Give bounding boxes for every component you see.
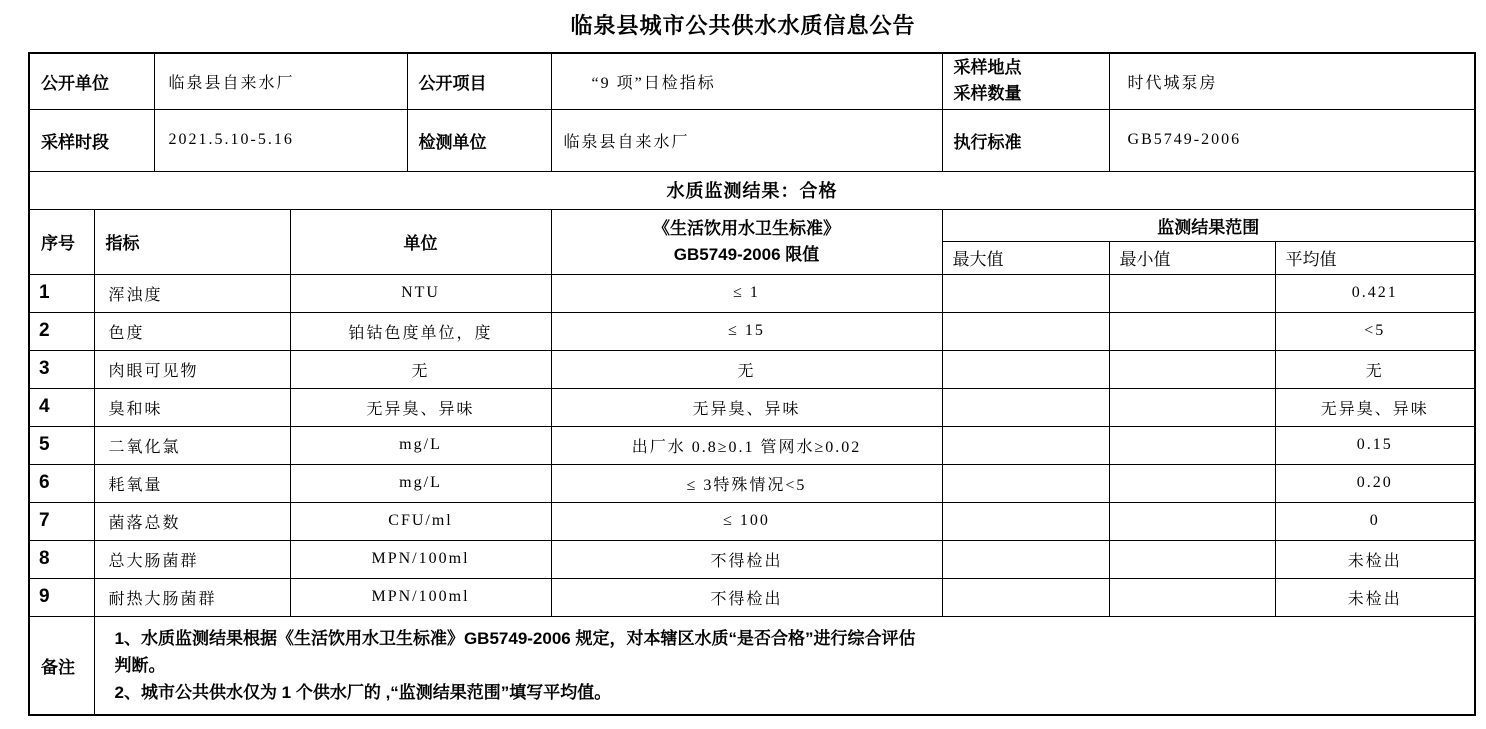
notes-row: 备注 1、水质监测结果根据《生活饮用水卫生标准》GB5749-2006 规定，对… — [29, 616, 1475, 715]
sample-site-label: 采样地点 采样数量 — [942, 53, 1109, 109]
cell-unit: MPN/100ml — [290, 540, 551, 578]
cell-limit: ≤ 1 — [551, 274, 942, 312]
header-max: 最大值 — [942, 241, 1109, 274]
cell-limit: ≤ 3特殊情况<5 — [551, 464, 942, 502]
cell-min — [1109, 502, 1275, 540]
public-unit-label: 公开单位 — [29, 53, 154, 109]
info-row-2: 采样时段 2021.5.10-5.16 检测单位 临泉县自来水厂 执行标准 GB… — [29, 109, 1475, 171]
cell-max — [942, 274, 1109, 312]
table-row: 3 肉眼可见物 无 无 无 — [29, 350, 1475, 388]
cell-limit: ≤ 100 — [551, 502, 942, 540]
cell-min — [1109, 426, 1275, 464]
cell-avg: 0.15 — [1275, 426, 1475, 464]
cell-avg: 未检出 — [1275, 578, 1475, 616]
table-row: 1 浑浊度 NTU ≤ 1 0.421 — [29, 274, 1475, 312]
sample-period-value: 2021.5.10-5.16 — [154, 109, 407, 171]
sample-site-label-line1: 采样地点 — [954, 55, 1109, 81]
header-limit-line1: 《生活饮用水卫生标准》 — [552, 216, 942, 242]
cell-indicator: 二氧化氯 — [94, 426, 290, 464]
cell-limit: 不得检出 — [551, 578, 942, 616]
cell-max — [942, 388, 1109, 426]
cell-min — [1109, 350, 1275, 388]
cell-indicator: 浑浊度 — [94, 274, 290, 312]
table-row: 9 耐热大肠菌群 MPN/100ml 不得检出 未检出 — [29, 578, 1475, 616]
notes-line-2: 判断。 — [115, 652, 1467, 679]
cell-unit: NTU — [290, 274, 551, 312]
cell-unit: 铂钴色度单位，度 — [290, 312, 551, 350]
cell-limit: 无 — [551, 350, 942, 388]
notes-line-1: 1、水质监测结果根据《生活饮用水卫生标准》GB5749-2006 规定，对本辖区… — [115, 625, 1467, 652]
cell-avg: 无 — [1275, 350, 1475, 388]
cell-seq: 7 — [29, 502, 94, 540]
cell-min — [1109, 464, 1275, 502]
cell-max — [942, 540, 1109, 578]
cell-avg: 0 — [1275, 502, 1475, 540]
water-quality-table: 公开单位 临泉县自来水厂 公开项目 “9 项”日检指标 采样地点 采样数量 时代… — [28, 52, 1476, 716]
header-seq: 序号 — [29, 209, 94, 274]
header-avg: 平均值 — [1275, 241, 1475, 274]
header-range-group: 监测结果范围 — [942, 209, 1475, 241]
header-indicator: 指标 — [94, 209, 290, 274]
cell-seq: 9 — [29, 578, 94, 616]
cell-seq: 3 — [29, 350, 94, 388]
cell-indicator: 臭和味 — [94, 388, 290, 426]
cell-unit: MPN/100ml — [290, 578, 551, 616]
cell-limit: 出厂水 0.8≥0.1 管网水≥0.02 — [551, 426, 942, 464]
notes-label: 备注 — [29, 616, 94, 715]
header-min: 最小值 — [1109, 241, 1275, 274]
cell-max — [942, 502, 1109, 540]
cell-avg: 0.20 — [1275, 464, 1475, 502]
cell-seq: 1 — [29, 274, 94, 312]
cell-avg: 无异臭、异味 — [1275, 388, 1475, 426]
result-banner-row: 水质监测结果：合格 — [29, 171, 1475, 209]
cell-limit: ≤ 15 — [551, 312, 942, 350]
cell-min — [1109, 274, 1275, 312]
notes-content: 1、水质监测结果根据《生活饮用水卫生标准》GB5749-2006 规定，对本辖区… — [94, 616, 1475, 715]
test-unit-label: 检测单位 — [407, 109, 551, 171]
cell-seq: 5 — [29, 426, 94, 464]
standard-value: GB5749-2006 — [1109, 109, 1475, 171]
cell-max — [942, 578, 1109, 616]
cell-unit: 无 — [290, 350, 551, 388]
public-item-value: “9 项”日检指标 — [551, 53, 942, 109]
cell-max — [942, 464, 1109, 502]
public-item-label: 公开项目 — [407, 53, 551, 109]
sample-site-value: 时代城泵房 — [1109, 53, 1475, 109]
cell-avg: 未检出 — [1275, 540, 1475, 578]
sample-site-label-line2: 采样数量 — [954, 81, 1109, 107]
cell-min — [1109, 540, 1275, 578]
notes-line-3: 2、城市公共供水仅为 1 个供水厂的 ,“监测结果范围”填写平均值。 — [115, 679, 1467, 706]
cell-unit: mg/L — [290, 464, 551, 502]
cell-indicator: 色度 — [94, 312, 290, 350]
cell-seq: 8 — [29, 540, 94, 578]
cell-seq: 4 — [29, 388, 94, 426]
cell-unit: CFU/ml — [290, 502, 551, 540]
cell-unit: 无异臭、异味 — [290, 388, 551, 426]
page-title: 临泉县城市公共供水水质信息公告 — [0, 0, 1486, 40]
header-row-1: 序号 指标 单位 《生活饮用水卫生标准》 GB5749-2006 限值 监测结果… — [29, 209, 1475, 241]
cell-max — [942, 426, 1109, 464]
cell-indicator: 菌落总数 — [94, 502, 290, 540]
announcement-page: 临泉县城市公共供水水质信息公告 公开单位 临泉县自来水厂 公开项目 “9 项”日… — [0, 0, 1486, 729]
cell-min — [1109, 312, 1275, 350]
table-row: 8 总大肠菌群 MPN/100ml 不得检出 未检出 — [29, 540, 1475, 578]
cell-unit: mg/L — [290, 426, 551, 464]
cell-limit: 不得检出 — [551, 540, 942, 578]
cell-indicator: 耗氧量 — [94, 464, 290, 502]
standard-label: 执行标准 — [942, 109, 1109, 171]
cell-avg: 0.421 — [1275, 274, 1475, 312]
table-row: 6 耗氧量 mg/L ≤ 3特殊情况<5 0.20 — [29, 464, 1475, 502]
header-unit: 单位 — [290, 209, 551, 274]
table-row: 7 菌落总数 CFU/ml ≤ 100 0 — [29, 502, 1475, 540]
cell-max — [942, 312, 1109, 350]
cell-seq: 2 — [29, 312, 94, 350]
cell-indicator: 肉眼可见物 — [94, 350, 290, 388]
header-limit-line2: GB5749-2006 限值 — [552, 242, 942, 268]
table-row: 4 臭和味 无异臭、异味 无异臭、异味 无异臭、异味 — [29, 388, 1475, 426]
cell-seq: 6 — [29, 464, 94, 502]
public-unit-value: 临泉县自来水厂 — [154, 53, 407, 109]
table-row: 2 色度 铂钴色度单位，度 ≤ 15 <5 — [29, 312, 1475, 350]
cell-min — [1109, 578, 1275, 616]
cell-indicator: 总大肠菌群 — [94, 540, 290, 578]
sample-period-label: 采样时段 — [29, 109, 154, 171]
header-limit: 《生活饮用水卫生标准》 GB5749-2006 限值 — [551, 209, 942, 274]
cell-avg: <5 — [1275, 312, 1475, 350]
info-row-1: 公开单位 临泉县自来水厂 公开项目 “9 项”日检指标 采样地点 采样数量 时代… — [29, 53, 1475, 109]
result-banner: 水质监测结果：合格 — [29, 171, 1475, 209]
cell-limit: 无异臭、异味 — [551, 388, 942, 426]
cell-min — [1109, 388, 1275, 426]
cell-indicator: 耐热大肠菌群 — [94, 578, 290, 616]
cell-max — [942, 350, 1109, 388]
table-row: 5 二氧化氯 mg/L 出厂水 0.8≥0.1 管网水≥0.02 0.15 — [29, 426, 1475, 464]
test-unit-value: 临泉县自来水厂 — [551, 109, 942, 171]
